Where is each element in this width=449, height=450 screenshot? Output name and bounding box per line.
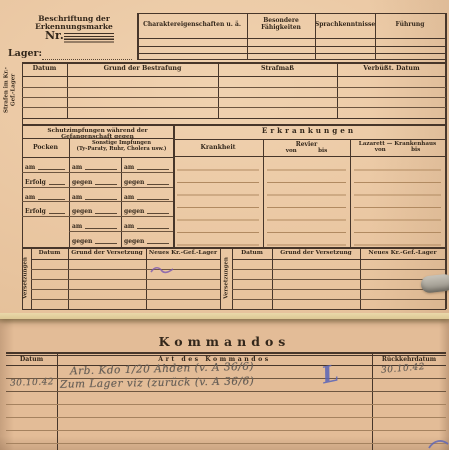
- versetz-row-line: [31, 299, 220, 300]
- impf-cell: gegen: [72, 232, 119, 245]
- erkrank-divider-1: [263, 140, 264, 247]
- fill-line: [85, 228, 117, 229]
- fill-line: [38, 169, 65, 170]
- kdo-row-line: [6, 430, 446, 431]
- impf-cell-text: am: [124, 164, 134, 171]
- impf-cell-text: Erfolg: [25, 208, 46, 215]
- lager-label: Lager:: [8, 49, 42, 59]
- impf-cell: am: [124, 217, 171, 230]
- versetz-l-col-neues: Neues Kr.-Gef.-Lager: [146, 250, 220, 256]
- blue-corner-scribble: [428, 436, 449, 450]
- impf-cell-text: gegen: [72, 208, 92, 215]
- fill-line: [49, 184, 65, 185]
- impf-title-line: [22, 138, 173, 139]
- von-label: von: [375, 147, 386, 153]
- traits-row-line-2: [137, 46, 446, 47]
- kommandos-title: Kommandos: [0, 335, 449, 349]
- kdo-row-line: [6, 443, 446, 444]
- hw-entry2-datum: 30.10.42: [10, 377, 54, 389]
- erkrank-title-line: [173, 139, 445, 140]
- impf-divider-2: [121, 157, 122, 247]
- versetz-right-label-box: Versetzungen: [221, 247, 232, 309]
- von-label: von: [286, 148, 297, 154]
- fill-line: [38, 199, 65, 200]
- versetz-row-line: [232, 269, 445, 270]
- versetz-l-col-datum: Datum: [31, 250, 68, 256]
- bis-label: bis: [411, 147, 420, 153]
- impf-cell: gegen: [124, 232, 171, 245]
- scanned-pow-record-card: { "colors": { "paper": "#e8c5a2", "ink":…: [0, 0, 449, 450]
- versetz-bottom-border: [22, 309, 446, 310]
- versetz-l-col-grund: Grund der Versetzung: [68, 250, 146, 256]
- versetz-r-col-datum: Datum: [232, 250, 272, 256]
- versetz-l-header-line: [31, 259, 220, 260]
- impf-cell-text: am: [25, 194, 35, 201]
- strafen-row-line-3: [22, 107, 446, 108]
- strafen-top-border: [22, 62, 446, 64]
- versetz-row-line: [232, 289, 445, 290]
- kdo-row-line: [6, 404, 446, 405]
- traits-col-faehigkeiten: Besondere Fähigkeiten: [248, 15, 314, 35]
- strafen-divider-1: [67, 62, 68, 118]
- impf-cell-text: am: [72, 164, 82, 171]
- versetz-row-line: [31, 289, 220, 290]
- revier-von-bis: von bis: [263, 148, 350, 154]
- erkrank-col-lazarett-box: Lazarett — Krankenhaus von bis: [350, 141, 445, 153]
- impf-cell: Erfolg: [25, 202, 67, 215]
- versetz-r-col-neues: Neues Kr.-Gef.-Lager: [360, 250, 445, 256]
- fill-line: [49, 213, 65, 214]
- impf-cell: am: [25, 188, 67, 201]
- impf-cell-text: am: [25, 164, 35, 171]
- impf-cell-text: Erfolg: [25, 179, 46, 186]
- nr-label: Nr.: [45, 30, 64, 42]
- impf-cell: am: [124, 188, 171, 201]
- fill-line: [147, 213, 169, 214]
- erkrank-ruled-krankheit: [177, 158, 259, 247]
- versetz-r-header-line: [232, 259, 445, 260]
- impf-col-sonstige-line2: (Ty-Paraty, Ruhr, Cholera usw.): [70, 147, 173, 153]
- erkrankungen-title: Erkrankungen: [173, 127, 445, 135]
- kdo-col-datum: Datum: [6, 357, 57, 364]
- strafen-side-label-box: Strafen im Kr.-Gef.-Lager: [0, 62, 20, 118]
- strafen-col-datum: Datum: [22, 66, 67, 73]
- fill-line: [95, 243, 117, 244]
- kdo-top-border: [6, 352, 446, 354]
- erkrank-col-revier: Revier: [263, 141, 350, 148]
- impf-cell: gegen: [72, 173, 119, 186]
- impf-cell: am: [25, 158, 67, 171]
- impf-top-border: [22, 124, 446, 126]
- versetz-row-line: [232, 299, 445, 300]
- impf-cell: gegen: [124, 173, 171, 186]
- strafen-row-line-2: [22, 97, 446, 98]
- kdo-divider-1: [57, 352, 58, 450]
- fill-line: [85, 199, 117, 200]
- paper-clip: [420, 273, 449, 293]
- impf-cell-text: gegen: [124, 238, 144, 245]
- impf-col-sonstige: Sonstige Impfungen (Ty-Paraty, Ruhr, Cho…: [70, 141, 173, 152]
- versetz-row-line: [232, 279, 445, 280]
- versetz-side-label: Versetzungen: [22, 247, 29, 309]
- versetz-left-label-box: Versetzungen: [20, 247, 31, 309]
- strafen-divider-3: [337, 62, 338, 118]
- strafen-col-strafmass: Strafmaß: [218, 66, 337, 73]
- fill-line: [147, 184, 169, 185]
- fill-line: [95, 213, 117, 214]
- impf-cell: gegen: [72, 202, 119, 215]
- fill-line: [137, 199, 169, 200]
- strafen-divider-2: [218, 62, 219, 118]
- kdo-divider-2: [372, 352, 373, 450]
- traits-row-line-1: [137, 38, 446, 39]
- strafen-row-line-1: [22, 87, 446, 88]
- hw-entry2-art: Zum Lager viz (zurück (v. A 36/6): [60, 375, 255, 390]
- nr-redaction-stripes: [64, 33, 114, 43]
- kdo-row-line: [6, 417, 446, 418]
- impf-col-pocken: Pocken: [22, 140, 69, 156]
- erkrank-ruled-revier: [267, 158, 346, 247]
- impf-cell: gegen: [124, 202, 171, 215]
- impf-cell-text: gegen: [124, 208, 144, 215]
- purple-ink-mark: [149, 264, 175, 276]
- fill-line: [95, 184, 117, 185]
- traits-col-charakter: Charaktereigenschaften u. ä.: [139, 15, 245, 35]
- card-edge-shadow: [0, 319, 449, 324]
- strafen-header-line: [22, 76, 446, 77]
- strafen-side-label: Strafen im Kr.-Gef.-Lager: [3, 62, 16, 118]
- versetz-r-col-grund: Grund der Versetzung: [272, 250, 360, 256]
- bis-label: bis: [318, 148, 327, 154]
- erkrank-col-lazarett: Lazarett — Krankenhaus: [350, 141, 445, 147]
- strafen-bottom-border: [22, 118, 446, 119]
- impf-cell-text: am: [72, 223, 82, 230]
- impf-cell: Erfolg: [25, 173, 67, 186]
- impf-cell-text: am: [124, 194, 134, 201]
- impf-cell-text: am: [124, 223, 134, 230]
- tables-right-border: [445, 13, 447, 309]
- erkrank-col-revier-box: Revier von bis: [263, 141, 350, 154]
- impf-cell-text: gegen: [72, 238, 92, 245]
- fill-line: [85, 169, 117, 170]
- fill-line: [137, 228, 169, 229]
- impf-cell-text: am: [72, 194, 82, 201]
- versetz-side-label: Versetzungen: [223, 247, 230, 309]
- impf-cell-text: gegen: [72, 179, 92, 186]
- lazarett-von-bis: von bis: [350, 147, 445, 153]
- traits-col-fuehrung: Führung: [376, 15, 444, 35]
- impf-cell: am: [124, 158, 171, 171]
- lager-fill-line: [42, 59, 132, 60]
- strafen-col-verbuesst: Verbüßt. Datum: [337, 66, 446, 73]
- impf-cell: am: [72, 158, 119, 171]
- traits-row-line-3: [137, 53, 446, 54]
- erkrank-ruled-lazarett: [354, 158, 441, 247]
- impf-cell: am: [72, 188, 119, 201]
- strafen-col-grund: Grund der Bestrafung: [67, 66, 218, 73]
- impf-cell: am: [72, 217, 119, 230]
- erkennungsmarke-title: Beschriftung der Erkennungsmarke: [12, 15, 136, 32]
- fill-line: [137, 169, 169, 170]
- traits-bottom-border: [137, 59, 446, 60]
- impf-cell-text: gegen: [124, 179, 144, 186]
- fill-line: [147, 243, 169, 244]
- erkrank-divider-2: [350, 140, 351, 247]
- traits-top-border: [137, 13, 446, 14]
- erkrank-col-krankheit: Krankheit: [173, 141, 263, 155]
- traits-col-sprachen: Sprachkenntnisse: [316, 15, 374, 35]
- erkrank-header-line: [173, 156, 445, 157]
- versetz-row-line: [31, 279, 220, 280]
- versetz-top-border: [22, 247, 446, 249]
- kdo-row-line: [6, 391, 446, 392]
- versetz-row-line: [31, 269, 220, 270]
- record-card: Beschriftung der Erkennungsmarke Nr. Lag…: [0, 0, 449, 319]
